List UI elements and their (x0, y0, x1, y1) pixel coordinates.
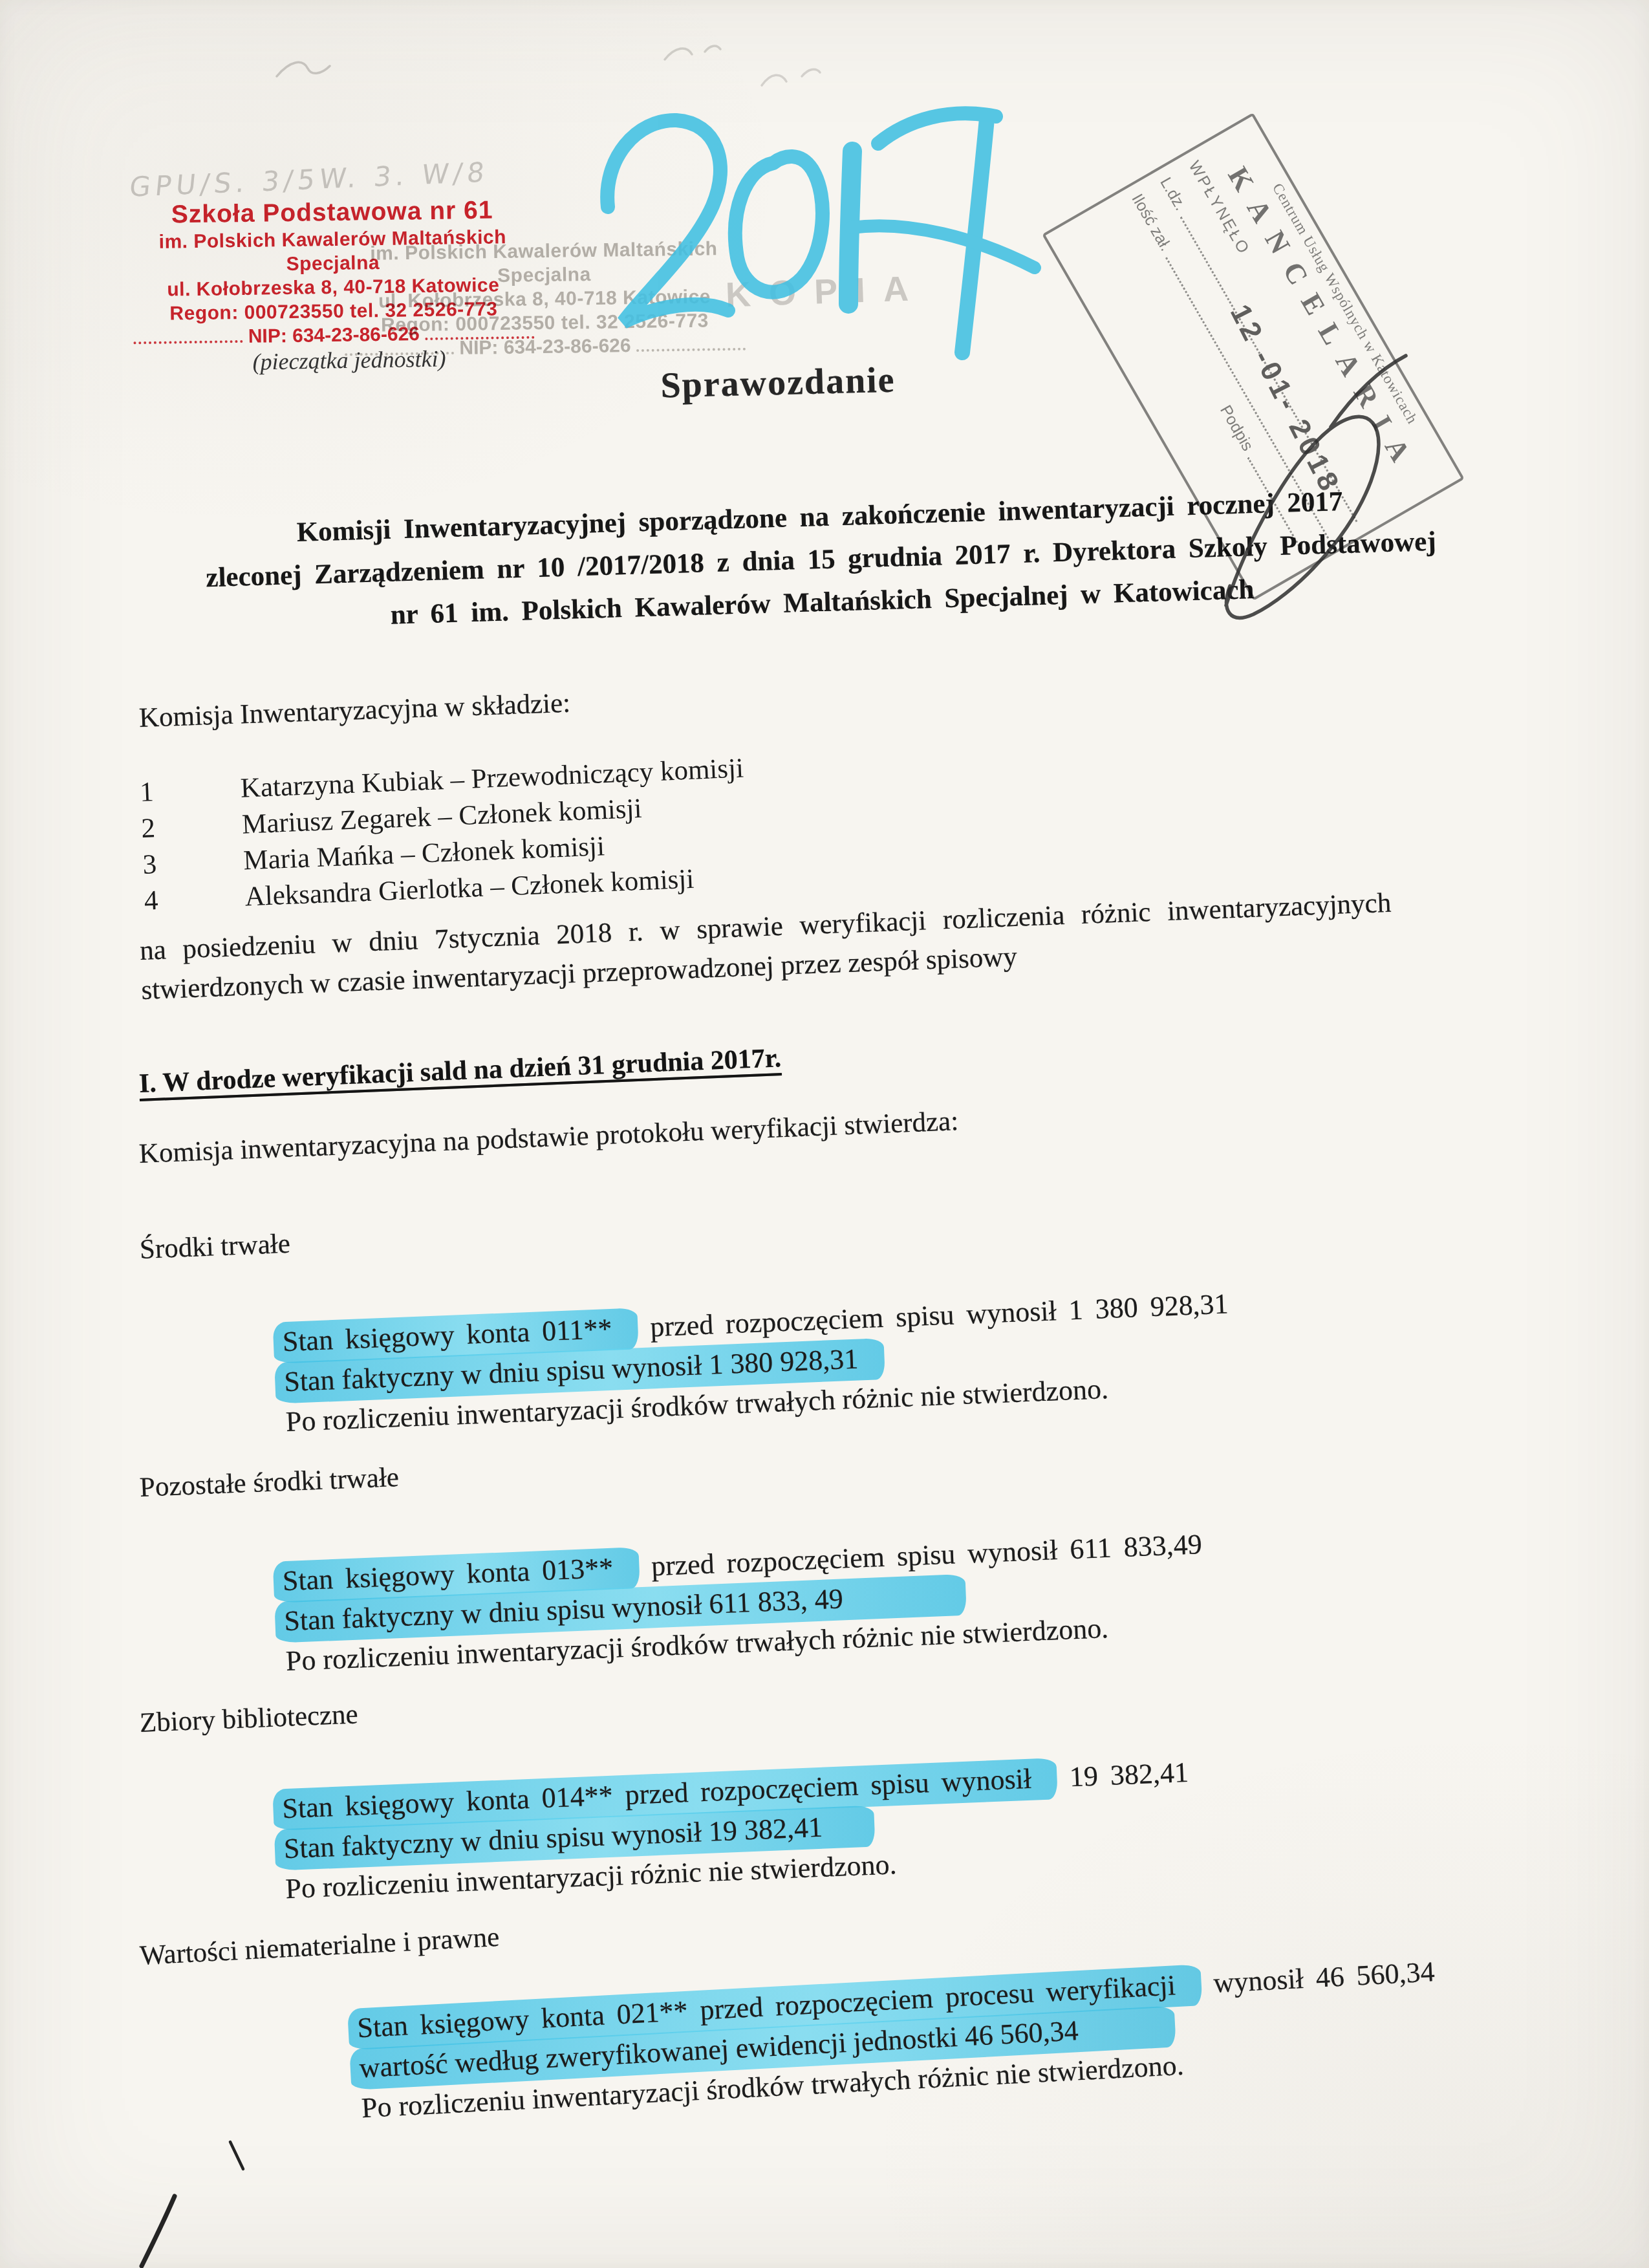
section-1-heading: I. W drodze weryfikacji sald na dzień 31… (138, 1042, 782, 1099)
asset-section-label: Środki trwałe (139, 1177, 1562, 1266)
stamp-caption: (pieczątka jednostki) (194, 344, 505, 376)
dotted-line (133, 330, 243, 343)
document-title: Sprawozdanie (596, 358, 959, 408)
committee-heading: Komisja Inwentaryzacyjna w składzie: (138, 687, 571, 734)
verification-intro: Komisja inwentaryzacyjna na podstawie pr… (138, 1105, 959, 1170)
asset-section-other-fixed-assets: Pozostałe środki trwałe Stan księgowy ko… (139, 1415, 1569, 1687)
dotted-line (425, 327, 535, 340)
pencil-note-handwriting: GPU/S. 3/5W. 3. W/8 (128, 149, 648, 203)
dotted-line (636, 338, 746, 351)
school-stamp: Szkoła Podstawowa nr 61 im. Polskich Kaw… (131, 195, 534, 351)
asset-section-intangible-assets: Wartości niematerialne i prawne Stan ksi… (139, 1866, 1570, 2140)
committee-list: 1 Katarzyna Kubiak – Przewodniczący komi… (139, 739, 1050, 920)
asset-section-fixed-assets: Środki trwałe Stan księgowy konta 011** … (139, 1177, 1569, 1448)
scanned-document-page: GPU/S. 3/5W. 3. W/8 im. Polskich Kawaler… (0, 0, 1649, 2268)
ldz-label: L.dz. (1156, 174, 1190, 213)
copy-watermark: KOPIA (725, 268, 927, 316)
asset-section-library-collections: Zbiory biblioteczne Stan księgowy konta … (139, 1650, 1569, 1915)
pencil-squiggle-marks (277, 46, 820, 85)
stray-ink-marks (142, 2142, 243, 2266)
